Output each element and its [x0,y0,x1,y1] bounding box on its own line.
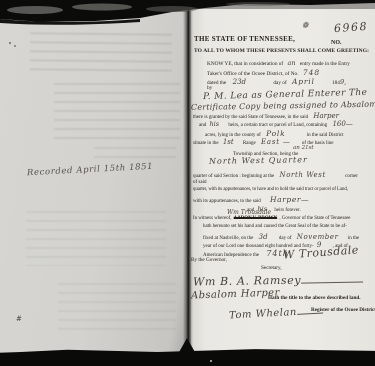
assignment-script-line2: Certificate Copy being assigned to Absal… [191,100,375,112]
bleedthrough-text [30,29,172,76]
bleedthrough-text [54,80,180,142]
bleedthrough-text [94,144,176,160]
dated-line: dated the 23d day of April 1849, [207,78,346,86]
secretary-signature: Wm B. A. Ramsey [193,275,301,288]
handwritten-county: Polk [266,130,285,138]
printed-text: in the said District [307,133,344,138]
of-said-line: of said [193,180,206,185]
printed-text: corner [345,174,358,179]
handwritten-entry-number: 748 [303,69,320,77]
film-edge-top [0,0,375,33]
left-page: Recorded April 15th 1851 # [0,12,188,352]
page-gutter-shadow [183,9,193,354]
fixed-line: fixed at Nashville, on the 3d day of Nov… [203,234,359,241]
right-page: ❁ 6968 THE STATE OF TENNESSEE, NO. TO AL… [191,9,375,351]
signature-rule [301,281,363,284]
handwritten-grantee: Harper [313,113,339,120]
by-label: by [207,86,212,91]
handwritten-quarter: North West Quarter [209,156,308,166]
pen-mark-left: # [16,316,22,323]
handwritten-his: his [209,121,219,128]
printed-text: heirs, a certain tract or parcel of Land… [228,123,327,128]
handwritten-direction: East — [261,139,291,146]
printed-text: entry made in the Entry [300,61,350,67]
printed-text: day of [279,236,292,241]
granted-line: there is granted by the said State of Te… [193,113,339,120]
handwritten-seal-day: 3d [259,234,268,241]
handwritten-day: 23d [233,79,246,86]
bleedthrough-text [26,208,166,266]
film-speck [14,45,16,47]
printed-text: KNOW YE, that in consideration of [207,61,283,67]
quarter-line: quarter of said Section : beginning at t… [193,172,358,179]
handwritten-year: 9, [340,79,346,86]
film-speck [9,42,11,44]
by-governor-label: By the Governor, [191,258,227,263]
document-heading: THE STATE OF TENNESSEE, [194,36,295,43]
printed-text: fixed at Nashville, on the [203,236,253,241]
printed-text: quarter of said Section : beginning at t… [193,174,274,179]
handwritten-month: April [292,78,315,86]
appurtenances-line1: quarter, with its appurtenances, to have… [193,188,348,193]
governor-signature: W Trousdale [283,244,359,260]
printed-text: In witness whereof, [193,216,231,221]
handwritten-grantee2: Harper— [270,196,309,204]
register-signature: Tom Whelan [229,308,297,322]
number-label: NO. [331,40,342,46]
film-speck [210,360,212,362]
register-signature-row: Tom Whelan [229,301,324,324]
greeting-line: TO ALL TO WHOM THESE PRESENTS SHALL COME… [194,49,369,55]
bleedthrough-text [58,280,176,332]
printed-text: 184 [332,80,340,86]
printed-text: Taker's Office of the Ocoee District, of… [207,71,299,77]
printed-text: and [199,123,206,128]
printed-text: Range [243,141,256,146]
register-label: Register of the Ocoee District. [311,308,375,313]
know-ye-line: KNOW YE, that in consideration of an ent… [207,60,350,67]
recorded-note: Recorded April 15th 1851 [27,163,153,178]
document-scan: Recorded April 15th 1851 # ❁ 6968 THE ST… [0,0,375,366]
handwritten-seal-month: November [297,234,339,241]
printed-text: situate in the [193,141,219,146]
witness-line: In witness whereof, AARON V. BROWN , Gov… [193,217,350,222]
appurtenances-line2: with its appurtenances, to the said Harp… [193,196,309,204]
heirs-line: and his heirs, a certain tract or parcel… [199,121,353,128]
handwritten-corner-desc: North West [279,172,325,179]
printed-text: with its appurtenances, to the said [193,199,261,204]
printed-text: day of [273,80,286,86]
grantee-signature: Absalom Harper [191,288,280,301]
printed-text: in the [348,236,359,241]
handwritten-acreage: 160— [332,121,352,128]
handwritten-range: 1st [223,139,234,146]
acres-line: acres, lying in the county of Polk in th… [205,130,344,138]
printed-text: , Governor of the State of Tennessee [279,216,350,221]
handwritten-township: an 21st [293,146,314,152]
struck-printed-governor: AARON V. BROWN [234,216,277,221]
handwritten-entry: an [288,60,296,67]
seal-line: hath hereunto set his hand and caused th… [203,225,347,230]
printed-text: heirs forever. [274,208,300,213]
